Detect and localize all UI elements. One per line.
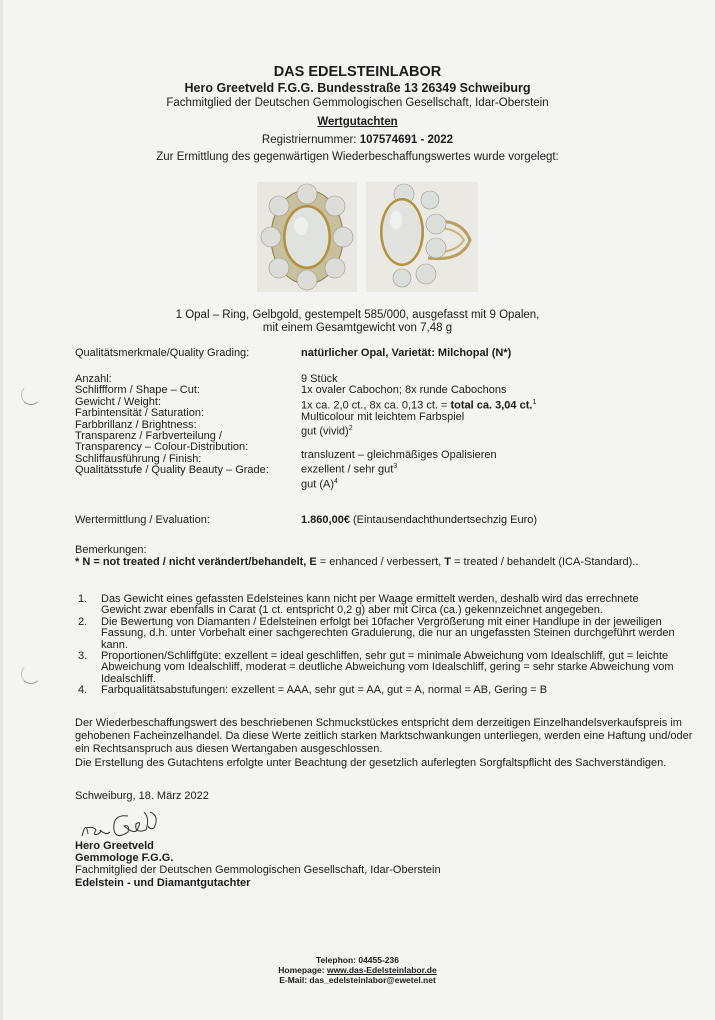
footnote-ref: 2 [349,425,353,432]
spec-label: Farbintensität / Saturation: [75,408,269,419]
place-date: Schweiburg, 18. März 2022 [75,790,209,802]
footnote-item: 4.Farbqualitätsabstufungen: exzellent = … [78,685,678,696]
footnote-ref: 3 [393,463,397,470]
signatory-role: Edelstein - und Diamantgutachter [75,877,441,889]
signature-image [76,806,166,844]
registration-number: 107574691 - 2022 [360,134,453,146]
weight-total: total ca. 3,04 ct. [451,399,533,411]
intro-text: Zur Ermittlung des gegenwärtigen Wiederb… [0,151,715,163]
remarks-heading: Bemerkungen: [75,544,147,556]
email-address[interactable]: das_edelsteinlabor@ewetel.net [309,975,435,985]
brightness-text: gut (vivid) [301,426,349,438]
homepage-link[interactable]: www.das-Edelsteinlabor.de [327,965,437,975]
spec-value-shape: 1x ovaler Cabochon; 8x runde Cabochons [301,385,536,396]
spec-values: 9 Stück 1x ovaler Cabochon; 8x runde Cab… [301,374,536,491]
disclaimer-paragraph: Der Wiederbeschaffungswert des beschrieb… [75,717,695,756]
finish-text: exzellent / sehr gut [301,464,393,476]
grade-text: gut (A) [301,479,334,491]
spec-value-transparency: transluzent – gleichmäßiges Opalisieren [301,450,536,461]
evaluation-amount: 1.860,00€ [301,514,350,526]
footnote-number: 1. [78,594,87,605]
lab-membership: Fachmitglied der Deutschen Gemmologische… [0,97,715,109]
footnote-number: 2. [78,617,87,628]
ring-front-image [257,182,357,292]
registration-line: Registriernummer: 107574691 - 2022 [0,134,715,146]
item-description-line-1: 1 Opal – Ring, Gelbgold, gestempelt 585/… [0,309,715,322]
footnote-number: 3. [78,651,87,662]
homepage-label: Homepage: [278,965,327,975]
footer-phone: Telephon: 04455-236 [0,955,715,965]
remarks-rest-2: = treated / behandelt (ICA-Standard).. [451,556,638,568]
footnote-item: 3.Proportionen/Schliffgüte: exzellent = … [78,651,678,685]
footnote-ref: 1 [532,399,536,406]
footnote-ref: 4 [334,478,338,485]
footnotes-list: 1.Das Gewicht eines gefassten Edelsteine… [78,594,678,697]
signatory-title: Gemmologe F.G.G. [75,852,441,864]
footnote-text: Die Bewertung von Diamanten / Edelsteine… [101,616,675,651]
signatory-name: Hero Greetveld [75,840,441,852]
lab-address: Hero Greetveld F.G.G. Bundesstraße 13 26… [0,81,715,95]
appraisal-document: DAS EDELSTEINLABOR Hero Greetveld F.G.G.… [0,0,715,1020]
footnote-item: 2.Die Bewertung von Diamanten / Edelstei… [78,617,678,651]
spec-value-weight: 1x ca. 2,0 ct., 8x ca. 0,13 ct. = total … [301,397,536,412]
spec-labels: Anzahl: Schliffform / Shape – Cut: Gewic… [75,374,269,477]
punch-hole-mark [21,385,41,405]
registration-label: Registriernummer: [262,134,357,146]
item-description: 1 Opal – Ring, Gelbgold, gestempelt 585/… [0,309,715,335]
contact-footer: Telephon: 04455-236 Homepage: www.das-Ed… [0,955,715,985]
email-label: E-Mail: [279,975,309,985]
ring-side-image [366,182,478,292]
grading-label: Qualitätsmerkmale/Quality Grading: [75,347,249,359]
footnote-number: 4. [78,685,87,696]
grading-value: natürlicher Opal, Varietät: Milchopal (N… [301,347,511,359]
item-description-line-2: mit einem Gesamtgewicht von 7,48 g [0,322,715,335]
footnote-item: 1.Das Gewicht eines gefassten Edelsteine… [78,594,678,617]
remarks-bold: N = not treated / nicht verändert/behand… [82,556,316,568]
document-title: Wertgutachten [0,116,715,128]
lab-name: DAS EDELSTEINLABOR [0,64,715,80]
footnote-text: Das Gewicht eines gefassten Edelsteines … [101,593,639,616]
ring-front-photo [257,182,357,292]
spec-value-saturation: Multicolour mit leichtem Farbspiel [301,412,536,423]
evaluation-label: Wertermittlung / Evaluation: [75,514,210,526]
footnote-text: Proportionen/Schliffgüte: exzellent = id… [101,650,674,685]
evaluation-value: 1.860,00€ (Eintausendachthundertsechzig … [301,514,537,526]
phone-label: Telephon: [316,955,358,965]
spec-value-brightness: gut (vivid)2 [301,423,536,438]
spec-value-finish: exzellent / sehr gut3 [301,461,536,476]
evaluation-amount-words: (Eintausendachthundertsechzig Euro) [350,514,537,526]
footer-homepage: Homepage: www.das-Edelsteinlabor.de [0,965,715,975]
signatory-membership: Fachmitglied der Deutschen Gemmologische… [75,864,441,876]
signatory-block: Hero Greetveld Gemmologe F.G.G. Fachmitg… [75,840,441,889]
spec-value-grade: gut (A)4 [301,476,536,491]
footnote-text: Farbqualitätsabstufungen: exzellent = AA… [101,684,547,696]
footer-email: E-Mail: das_edelsteinlabor@ewetel.net [0,975,715,985]
remarks-text: * N = not treated / nicht verändert/beha… [75,556,638,568]
phone-number: 04455-236 [358,955,399,965]
diligence-paragraph: Die Erstellung des Gutachtens erfolgte u… [75,757,695,770]
punch-hole-mark [21,664,41,684]
remarks-rest: = enhanced / verbessert, [317,556,445,568]
remarks-bold-t: T [444,556,451,568]
spec-label: Qualitätsstufe / Quality Beauty – Grade: [75,465,269,476]
weight-detail: 1x ca. 2,0 ct., 8x ca. 0,13 ct. = [301,399,451,411]
ring-side-photo [366,182,478,292]
